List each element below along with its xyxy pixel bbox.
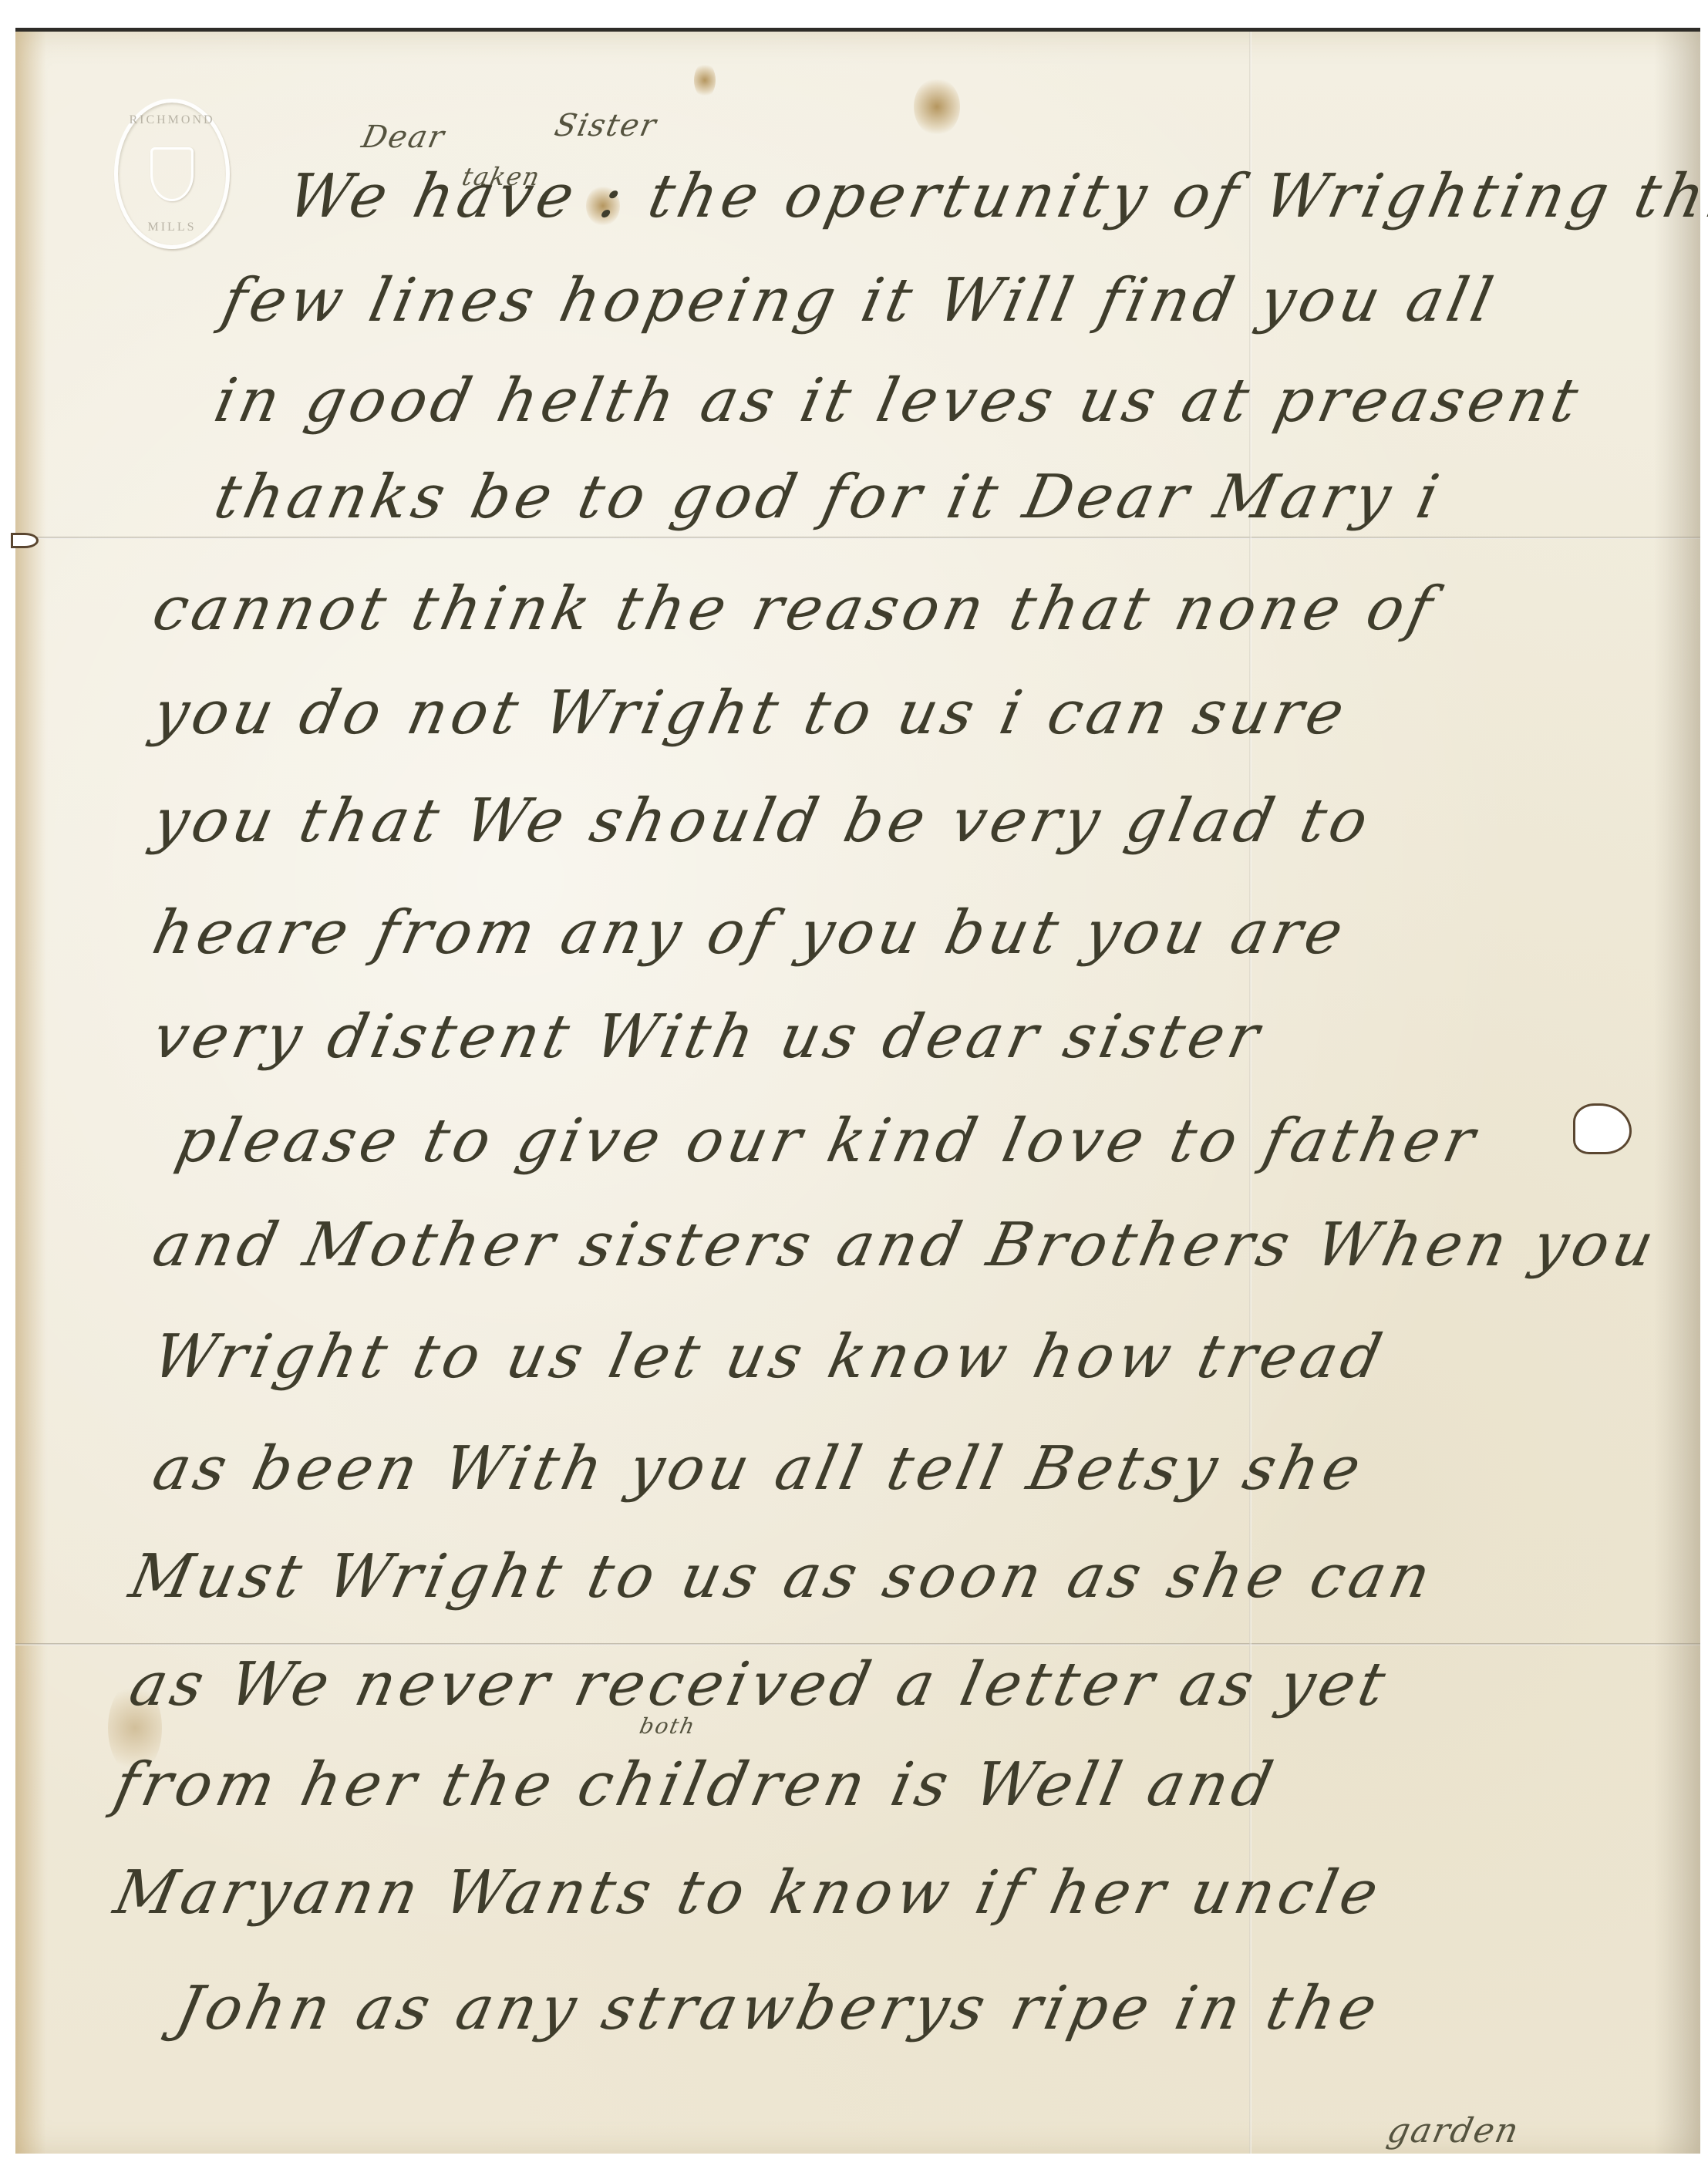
letter-line: very distent With us dear sister <box>147 1002 1269 1072</box>
seal-top-text: RICHMOND <box>129 113 214 127</box>
horizontal-fold <box>15 1643 1700 1645</box>
horizontal-fold <box>15 537 1700 539</box>
letter-page <box>15 28 1700 2154</box>
seal-bottom-text: MILLS <box>148 221 197 234</box>
paper-tear <box>1573 1103 1632 1154</box>
letter-line: heare from any of you but you are <box>147 898 1353 968</box>
shield-icon <box>150 147 194 201</box>
letter-line: cannot think the reason that none of <box>147 574 1443 644</box>
letter-line: few lines hopeing it Will find you all <box>216 266 1503 335</box>
interlinear-garden: garden <box>1384 2111 1524 2150</box>
letter-line: thanks be to god for it Dear Mary i <box>208 463 1449 532</box>
embossed-seal: RICHMOND MILLS <box>114 99 230 249</box>
paper-tear <box>11 533 39 548</box>
letter-line: from her the children is Well and <box>108 1750 1282 1820</box>
letter-line: in good helth as it leves us at preasent <box>208 366 1588 436</box>
letter-line: you do not Wright to us i can sure <box>147 679 1354 748</box>
letter-line: We have : the opertunity of Wrighting th… <box>281 162 1708 231</box>
letter-line: Must Wright to us as soon as she can <box>123 1542 1440 1612</box>
letter-line: as been With you all tell Betsy she <box>147 1434 1370 1504</box>
letter-line: Maryann Wants to know if her uncle <box>108 1858 1388 1928</box>
foxing-stain <box>694 62 716 98</box>
foxing-stain <box>914 78 960 136</box>
vertical-fold <box>1249 32 1252 2154</box>
letter-line: please to give our kind love to father <box>170 1106 1485 1176</box>
letter-line: as We never received a letter as yet <box>123 1650 1395 1719</box>
letter-line: John as any strawberys ripe in the <box>170 1974 1387 2043</box>
interlinear-dear: Dear <box>359 120 448 155</box>
letter-line: you that We should be very glad to <box>147 786 1378 856</box>
letter-line: and Mother sisters and Brothers When you <box>147 1211 1664 1280</box>
letter-line: Wright to us let us know how tread <box>147 1322 1392 1392</box>
interlinear-sister: Sister <box>551 108 660 143</box>
